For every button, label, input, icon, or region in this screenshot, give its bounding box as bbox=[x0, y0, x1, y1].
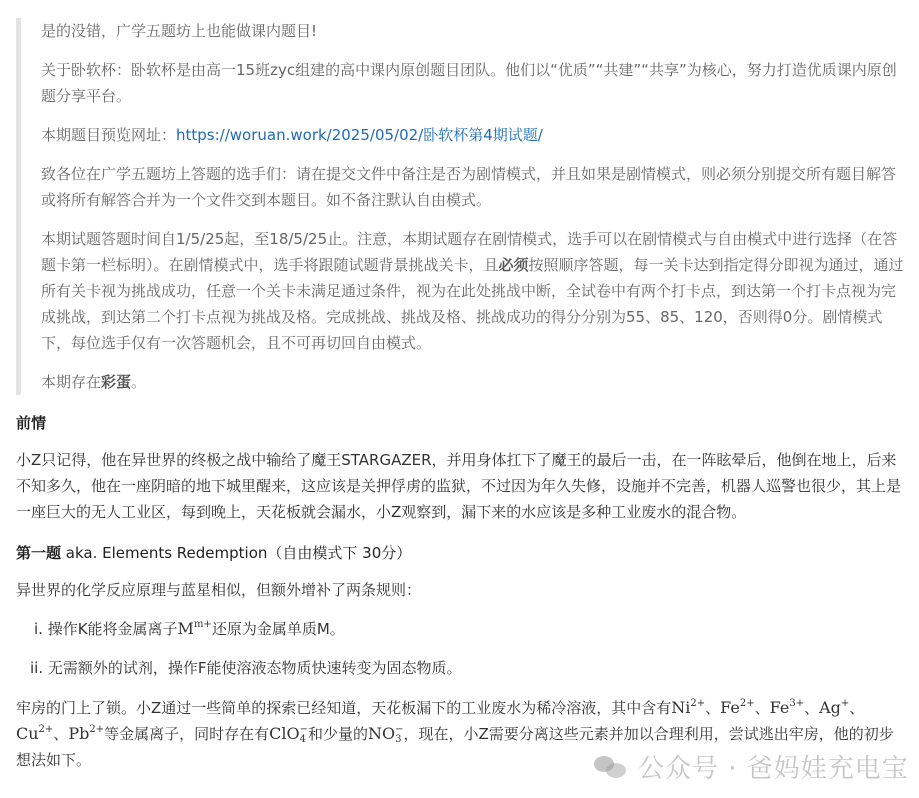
prologue-heading: 前情 bbox=[16, 411, 906, 435]
submission-note-paragraph: 致各位在广学五题坊上答题的选手们：请在提交文件中备注是否为剧情模式，并且如果是剧… bbox=[41, 161, 906, 213]
rule-item-1: i. 操作K能将金属离子Mm+还原为金属单质M。 bbox=[16, 616, 906, 642]
ion-fe3: Fe3+ bbox=[770, 698, 804, 717]
easter-egg-text-b: 。 bbox=[131, 373, 146, 391]
easter-egg-text-a: 本期存在 bbox=[41, 373, 101, 391]
body-text-b: 等金属离子，同时存在有 bbox=[104, 725, 269, 743]
ion-cu: Cu2+ bbox=[16, 724, 53, 743]
question1-body: 牢房的门上了锁。小Z通过一些简单的探索已经知道，天花板漏下的工业废水为稀冷溶液，… bbox=[16, 695, 906, 773]
about-cup-paragraph: 关于卧软杯：卧软杯是由高一15班zyc组建的高中课内原创题目团队。他们以“优质”… bbox=[41, 57, 906, 109]
easter-egg-emphasis: 彩蛋 bbox=[101, 373, 131, 391]
body-text-c: 和少量的 bbox=[308, 725, 368, 743]
question1-heading-bold: 第一题 bbox=[16, 544, 61, 562]
question1-intro: 异世界的化学反应原理与蓝星相似，但额外增补了两条规则： bbox=[16, 577, 906, 603]
prologue-paragraph: 小Z只记得，他在异世界的终极之战中输给了魔王STARGAZER，并用身体扛下了魔… bbox=[16, 447, 906, 525]
preview-url-link[interactable]: https://woruan.work/2025/05/02/卧软杯第4期试题/ bbox=[176, 126, 543, 144]
rule1-text-a: i. 操作K能将金属离子 bbox=[34, 620, 178, 638]
ion-nitrate: NO−3 bbox=[368, 724, 404, 743]
ion-fe2: Fe2+ bbox=[720, 698, 754, 717]
rules-paragraph: 本期试题答题时间自1/5/25起，至18/5/25止。注意，本期试题存在剧情模式… bbox=[41, 226, 906, 356]
intro-line: 是的没错，广学五题坊上也能做课内题目! bbox=[41, 18, 906, 44]
rules-emphasis: 必须 bbox=[499, 256, 529, 274]
metal-ion-formula: Mm+ bbox=[178, 619, 212, 638]
rule-item-2: ii. 无需额外的试剂，操作F能使溶液态物质快速转变为固态物质。 bbox=[16, 655, 906, 681]
preview-url-label: 本期题目预览网址： bbox=[41, 126, 176, 144]
ion-ag: Ag+ bbox=[819, 698, 849, 717]
easter-egg-paragraph: 本期存在彩蛋。 bbox=[41, 369, 906, 395]
ion-perchlorate: ClO−4 bbox=[269, 724, 308, 743]
body-text-a: 牢房的门上了锁。小Z通过一些简单的探索已经知道，天花板漏下的工业废水为稀冷溶液，… bbox=[16, 699, 671, 717]
rule1-text-b: 还原为金属单质M。 bbox=[212, 620, 345, 638]
ion-ni: Ni2+ bbox=[671, 698, 705, 717]
question1-heading: 第一题 aka. Elements Redemption（自由模式下 30分） bbox=[16, 541, 906, 565]
question1-heading-rest: aka. Elements Redemption（自由模式下 30分） bbox=[61, 544, 411, 562]
preview-url-paragraph: 本期题目预览网址：https://woruan.work/2025/05/02/… bbox=[41, 122, 906, 148]
article-content: 是的没错，广学五题坊上也能做课内题目! 关于卧软杯：卧软杯是由高一15班zyc组… bbox=[16, 0, 906, 786]
intro-blockquote: 是的没错，广学五题坊上也能做课内题目! 关于卧软杯：卧软杯是由高一15班zyc组… bbox=[16, 18, 906, 395]
ion-pb: Pb2+ bbox=[68, 724, 104, 743]
